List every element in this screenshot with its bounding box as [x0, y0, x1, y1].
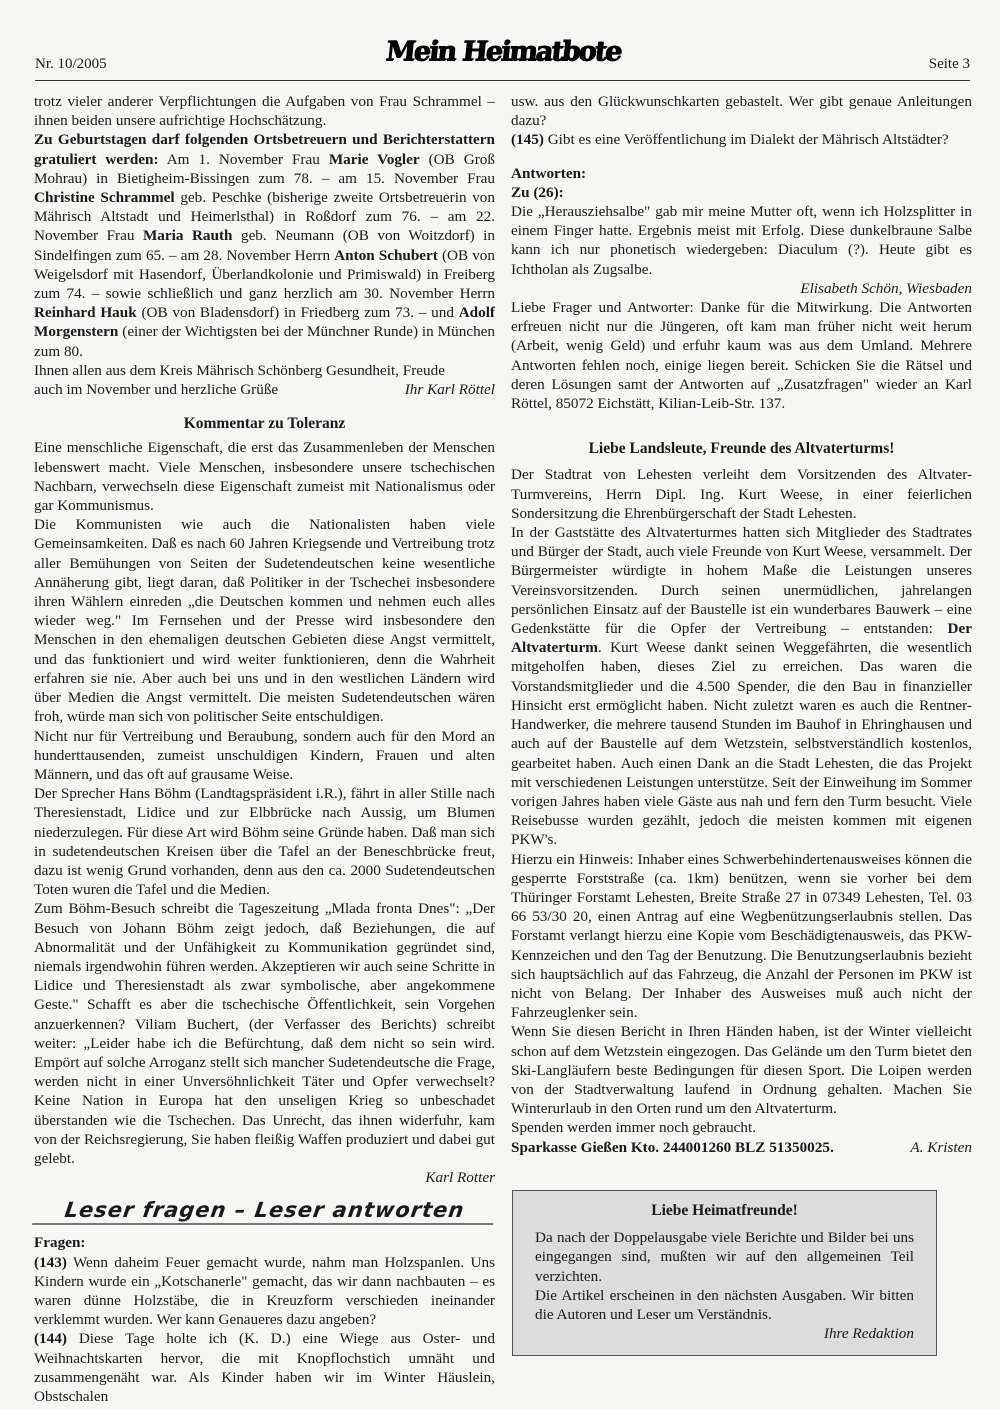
question-144: (144) Diese Tage holte ich (K. D.) eine …: [34, 1329, 495, 1406]
greeting-line: Ihnen allen aus dem Kreis Mährisch Schön…: [34, 361, 495, 380]
commentary-paragraph: Eine menschliche Eigenschaft, die erst d…: [34, 438, 495, 515]
bank-details: Sparkasse Gießen Kto. 244001260 BLZ 5135…: [511, 1138, 834, 1157]
questions-label: Fragen:: [34, 1233, 495, 1252]
altvater-paragraph: Der Stadtrat von Lehesten verleiht dem V…: [511, 465, 972, 523]
page-number: Seite 3: [929, 56, 970, 73]
person-name: Anton Schubert: [334, 247, 438, 264]
altvater-title: Liebe Landsleute, Freunde des Altvatertu…: [511, 439, 972, 458]
question-144-continued: usw. aus den Glückwunschkarten gebastelt…: [511, 92, 972, 130]
birthday-paragraph: Zu Geburtstagen darf folgenden Ortsbetre…: [34, 130, 495, 360]
closing-text: Liebe Frager und Antworter: Danke für di…: [511, 298, 972, 413]
altvater-author: A. Kristen: [910, 1138, 972, 1157]
question-145: (145) Gibt es eine Veröffentlichung im D…: [511, 130, 972, 149]
masthead-logo: Mein Heimatbote: [384, 36, 622, 67]
person-name: Reinhard Hauk: [34, 304, 137, 321]
commentary-paragraph: Der Sprecher Hans Böhm (Landtagspräsiden…: [34, 784, 495, 899]
answer-26-text: Die „Herausziehsalbe" gab mir meine Mutt…: [511, 202, 972, 279]
reader-section-title: Leser fragen – Leser antworten: [32, 1197, 497, 1225]
answer-26-author: Elisabeth Schön, Wiesbaden: [511, 279, 972, 298]
altvater-paragraph: Spenden werden immer noch gebraucht.: [511, 1118, 972, 1137]
notice-paragraph: Die Artikel erscheinen in den nächsten A…: [535, 1286, 914, 1324]
question-text: Diese Tage holte ich (K. D.) eine Wiege …: [34, 1330, 495, 1405]
text: . Kurt Weese dankt seinen Weggefährten, …: [511, 639, 972, 848]
greeting-text: auch im November und herzliche Grüße: [34, 380, 278, 399]
right-column: usw. aus den Glückwunschkarten gebastelt…: [511, 92, 972, 1157]
person-name: Marie Vogler: [329, 151, 420, 168]
question-143: (143) Wenn daheim Feuer gemacht wurde, n…: [34, 1253, 495, 1330]
intro-text: trotz vieler anderer Verpflichtungen die…: [34, 92, 495, 130]
bank-line: Sparkasse Gießen Kto. 244001260 BLZ 5135…: [511, 1138, 972, 1157]
person-name: Christine Schrammel: [34, 189, 175, 206]
notice-paragraph: Da nach der Doppelausgabe viele Berichte…: [535, 1228, 914, 1286]
commentary-paragraph: Zum Böhm-Besuch schreibt die Tageszeitun…: [34, 899, 495, 1168]
page-header: Nr. 10/2005 Mein Heimatbote Seite 3: [35, 34, 970, 81]
altvater-paragraph: Hierzu ein Hinweis: Inhaber eines Schwer…: [511, 850, 972, 1023]
question-number: (144): [34, 1330, 67, 1347]
commentary-paragraph: Die Kommunisten wie auch die Nationalist…: [34, 515, 495, 726]
altvater-paragraph: In der Gaststätte des Altvaterturmes hat…: [511, 523, 972, 849]
answers-label: Antworten:: [511, 164, 972, 183]
question-number: (145): [511, 131, 544, 148]
spacer: [511, 150, 972, 164]
left-column: trotz vieler anderer Verpflichtungen die…: [34, 92, 495, 1406]
text: (OB von Bladensdorf) in Friedberg zum 73…: [137, 304, 459, 321]
question-number: (143): [34, 1254, 67, 1271]
greeting-signature: Ihr Karl Röttel: [405, 380, 495, 399]
text: In der Gaststätte des Altvaterturmes hat…: [511, 524, 972, 637]
person-name: Maria Rauth: [143, 227, 233, 244]
commentary-author: Karl Rotter: [34, 1168, 495, 1187]
notice-title: Liebe Heimatfreunde!: [535, 1201, 914, 1220]
question-text: Gibt es eine Veröffentlichung im Dialekt…: [544, 131, 949, 148]
text: Am 1. November Frau: [159, 151, 329, 168]
answer-26-label: Zu (26):: [511, 183, 972, 202]
notice-signature: Ihre Redaktion: [535, 1324, 914, 1343]
altvater-paragraph: Wenn Sie diesen Bericht in Ihren Händen …: [511, 1022, 972, 1118]
commentary-paragraph: Nicht nur für Vertreibung und Beraubung,…: [34, 727, 495, 785]
newspaper-page: Nr. 10/2005 Mein Heimatbote Seite 3 trot…: [0, 0, 1000, 1409]
issue-number: Nr. 10/2005: [35, 56, 107, 73]
commentary-title: Kommentar zu Toleranz: [34, 414, 495, 433]
notice-box: Liebe Heimatfreunde! Da nach der Doppela…: [512, 1190, 937, 1356]
greeting-closing: auch im November und herzliche Grüße Ihr…: [34, 380, 495, 399]
question-text: Wenn daheim Feuer gemacht wurde, nahm ma…: [34, 1254, 495, 1329]
